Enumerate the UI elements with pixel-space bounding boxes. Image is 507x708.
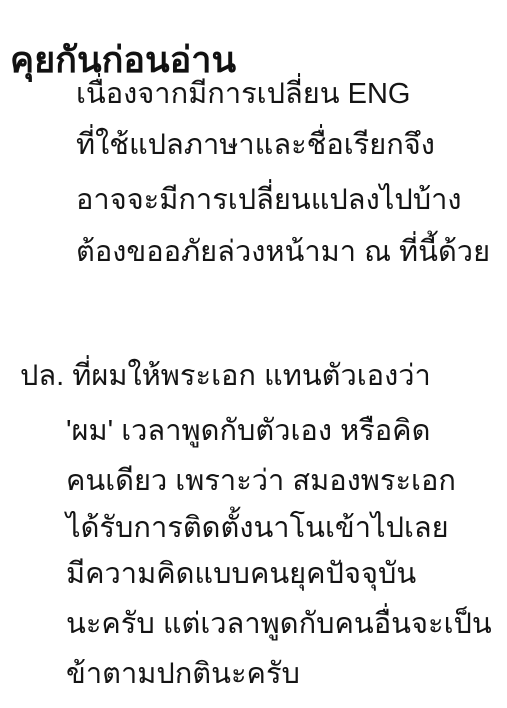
text-line: ได้รับการติดตั้งนาโนเข้าไปเลย xyxy=(66,507,449,549)
text-line: ปล. ที่ผมให้พระเอก แทนตัวเองว่า xyxy=(20,355,431,397)
text-line: 'ผม' เวลาพูดกับตัวเอง หรือคิด xyxy=(66,410,430,452)
text-line: ที่ใช้แปลภาษาและชื่อเรียกจึง xyxy=(76,124,435,166)
text-line: นะครับ แต่เวลาพูดกับคนอื่นจะเป็น xyxy=(66,603,492,645)
text-line: อาจจะมีการเปลี่ยนแปลงไปบ้าง xyxy=(76,179,462,221)
text-line: เนื่องจากมีการเปลี่ยน ENG xyxy=(76,73,411,115)
text-line: ต้องขออภัยล่วงหน้ามา ณ ที่นี้ด้วย xyxy=(76,231,490,273)
text-line: มีความคิดแบบคนยุคปัจจุบัน xyxy=(66,553,416,595)
text-line: ข้าตามปกตินะครับ xyxy=(66,653,300,695)
text-line: คนเดียว เพราะว่า สมองพระเอก xyxy=(66,460,456,502)
note-page: คุยกันก่อนอ่าน เนื่องจากมีการเปลี่ยน ENG… xyxy=(0,0,507,708)
